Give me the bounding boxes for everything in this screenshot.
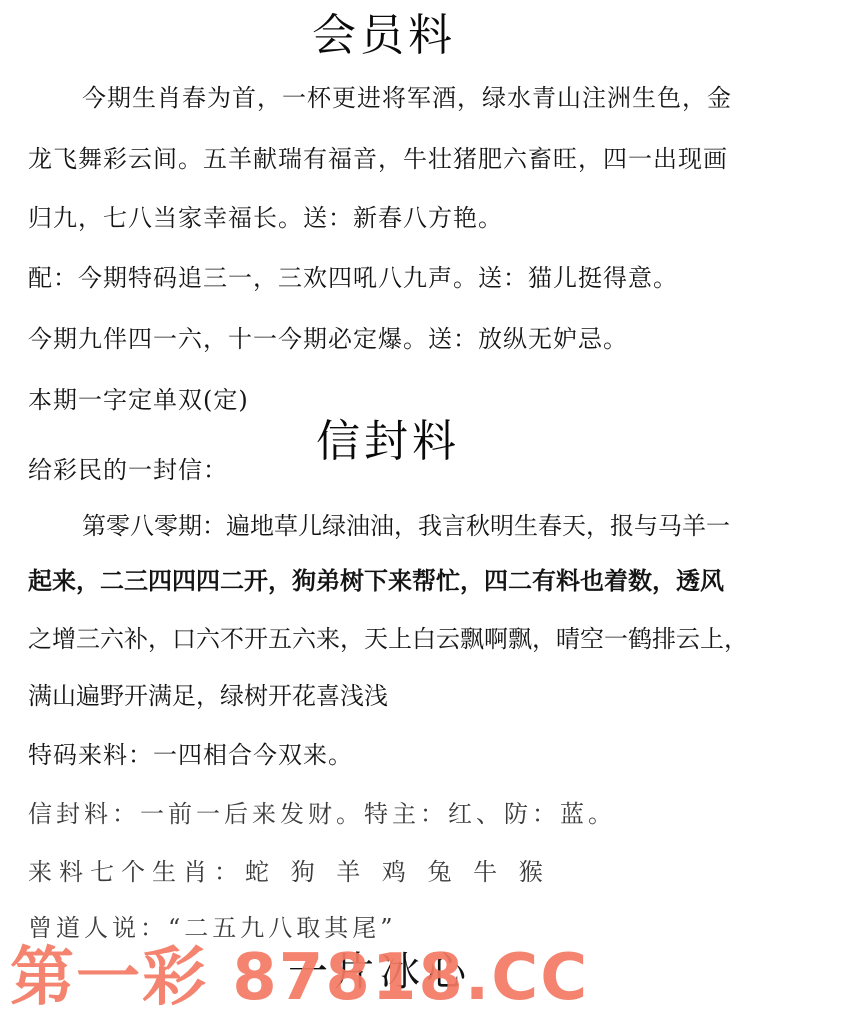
member-text-line: 龙飞舞彩云间。五羊献瑞有福音，牛壮猪肥六畜旺，四一出现画	[28, 147, 728, 171]
envelope-text-line: 满山遍野开满足，绿树开花喜浅浅	[28, 684, 388, 708]
member-text-line: 本期一字定单双(定)	[28, 388, 249, 412]
envelope-text-line: 第零八零期：遍地草儿绿油油，我言秋明生春天，报与马羊一	[82, 514, 730, 538]
document-page: 会员料 今期生肖春为首，一杯更进将军酒，绿水青山注洲生色，金 龙飞舞彩云间。五羊…	[0, 0, 856, 1024]
member-text-line: 今期九伴四一六，十一今期必定爆。送：放纵无妒忌。	[28, 327, 628, 351]
member-text-line: 归九，七八当家幸福长。送：新春八方艳。	[28, 206, 503, 230]
member-text-line: 配：今期特码追三一，三欢四吼八九声。送：猫儿挺得意。	[28, 266, 678, 290]
envelope-text-line: 给彩民的一封信：	[28, 458, 228, 482]
member-section-title: 会员料	[312, 14, 456, 58]
signature: 一片冰心	[288, 952, 472, 992]
envelope-text-line: 来料七个生肖：蛇 狗 羊 鸡 兔 牛 猴	[28, 860, 550, 884]
envelope-text-line: 起来，二三四四四二开，狗弟树下来帮忙，四二有料也着数，透风	[28, 569, 724, 593]
envelope-text-line: 曾道人说：“二五九八取其尾”	[28, 916, 397, 940]
envelope-section-title: 信封料	[316, 420, 460, 464]
envelope-text-line: 之增三六补，口六不开五六来，天上白云飘啊飘，晴空一鹤排云上，	[28, 627, 748, 651]
member-text-line: 今期生肖春为首，一杯更进将军酒，绿水青山注洲生色，金	[82, 86, 732, 110]
envelope-text-line: 特码来料：一四相合今双来。	[28, 743, 353, 767]
envelope-text-line: 信封料：一前一后来发财。特主：红、防：蓝。	[28, 802, 616, 826]
